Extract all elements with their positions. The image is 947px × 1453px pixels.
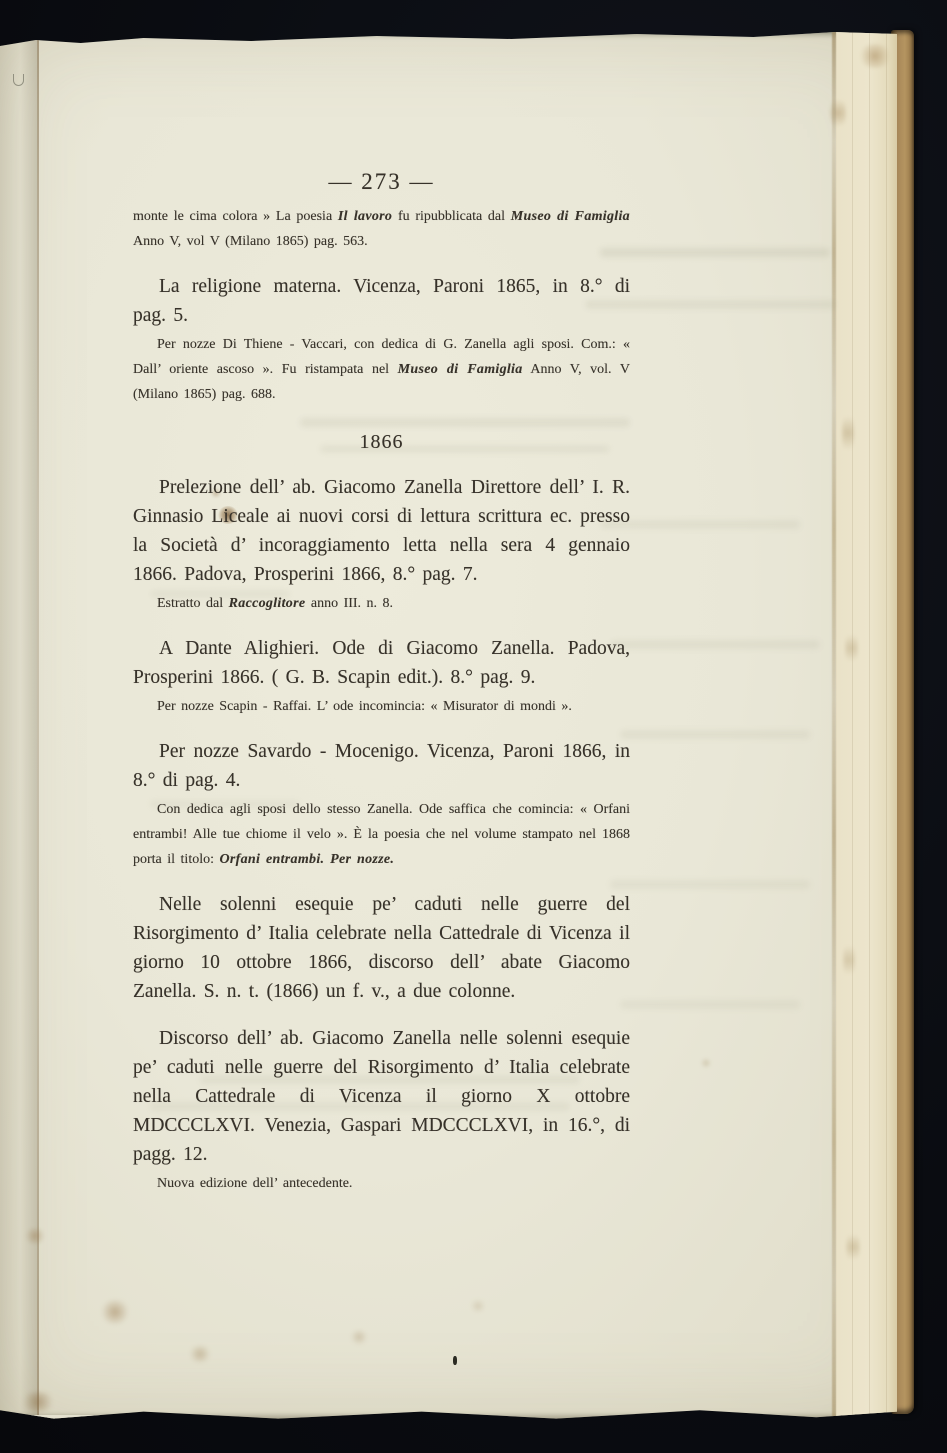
body-text: anno III. n. 8. (305, 596, 393, 611)
page-stack-hairlines (836, 30, 897, 1420)
body-text: Discorso dell’ ab. Giacomo Zanella nelle… (133, 1028, 630, 1165)
emphasized-text: Raccoglitore (229, 596, 306, 611)
body-text: monte le cima colora » La poesia (133, 209, 338, 224)
body-text: Prelezione dell’ ab. Giacomo Zanella Dir… (133, 477, 630, 585)
scanned-book-photo: { "colors": { "background": "#0a0c11", "… (0, 0, 947, 1453)
entry-paragraph: La religione materna. Vicenza, Paroni 18… (133, 272, 630, 330)
deckle-torn-edge (832, 30, 836, 1420)
emphasized-text: Museo di Famiglia (398, 362, 523, 377)
pen-mark (13, 74, 24, 86)
body-text: Estratto dal (157, 596, 229, 611)
body-text: Anno V, vol V (Milano 1865) pag. 563. (133, 234, 368, 249)
emphasized-text: Museo di Famiglia (511, 209, 630, 224)
text-block: — 273 — monte le cima colora » La poesia… (133, 168, 630, 1196)
bibliographic-note: Per nozze Scapin - Raffai. L’ ode incomi… (133, 694, 630, 719)
gutter-crease (37, 30, 39, 1420)
body-text: fu ripubblicata dal (392, 209, 511, 224)
body-text: Per nozze Scapin - Raffai. L’ ode incomi… (157, 699, 572, 714)
year-heading: 1866 (133, 429, 630, 455)
body-text: Nuova edizione dell’ antecedente. (157, 1176, 352, 1191)
continuation-note: monte le cima colora » La poesia Il lavo… (133, 204, 630, 254)
entry-paragraph: Per nozze Savardo - Mocenigo. Vicenza, P… (133, 737, 630, 795)
bottom-edge-shade (0, 1412, 837, 1420)
bottom-left-corner-tear (0, 1415, 160, 1429)
bibliographic-note: Nuova edizione dell’ antecedente. (133, 1171, 630, 1196)
body-text: Nelle solenni esequie pe’ caduti nelle g… (133, 894, 630, 1002)
body-text: A Dante Alighieri. Ode di Giacomo Zanell… (133, 638, 630, 688)
top-edge-grime (0, 30, 897, 39)
entry-paragraph: A Dante Alighieri. Ode di Giacomo Zanell… (133, 634, 630, 692)
entry-paragraph: Prelezione dell’ ab. Giacomo Zanella Dir… (133, 473, 630, 589)
body-text: Per nozze Savardo - Mocenigo. Vicenza, P… (133, 741, 630, 791)
body-text: 1866 (360, 431, 404, 453)
facing-page-sliver (0, 30, 37, 1420)
under-pages-stack (836, 30, 897, 1420)
entry-paragraph: Nelle solenni esequie pe’ caduti nelle g… (133, 890, 630, 1006)
page-number-header: — 273 — (133, 168, 630, 196)
bibliographic-note: Estratto dal Raccoglitore anno III. n. 8… (133, 591, 630, 616)
body-text: La religione materna. Vicenza, Paroni 18… (133, 276, 630, 326)
bibliographic-note: Con dedica agli sposi dello stesso Zanel… (133, 797, 630, 872)
emphasized-text: Orfani entrambi. Per nozze. (220, 852, 395, 867)
entry-paragraph: Discorso dell’ ab. Giacomo Zanella nelle… (133, 1024, 630, 1169)
book-scan: — 273 — monte le cima colora » La poesia… (0, 0, 947, 1453)
bibliographic-note: Per nozze Di Thiene - Vaccari, con dedic… (133, 332, 630, 407)
emphasized-text: Il lavoro (338, 209, 392, 224)
